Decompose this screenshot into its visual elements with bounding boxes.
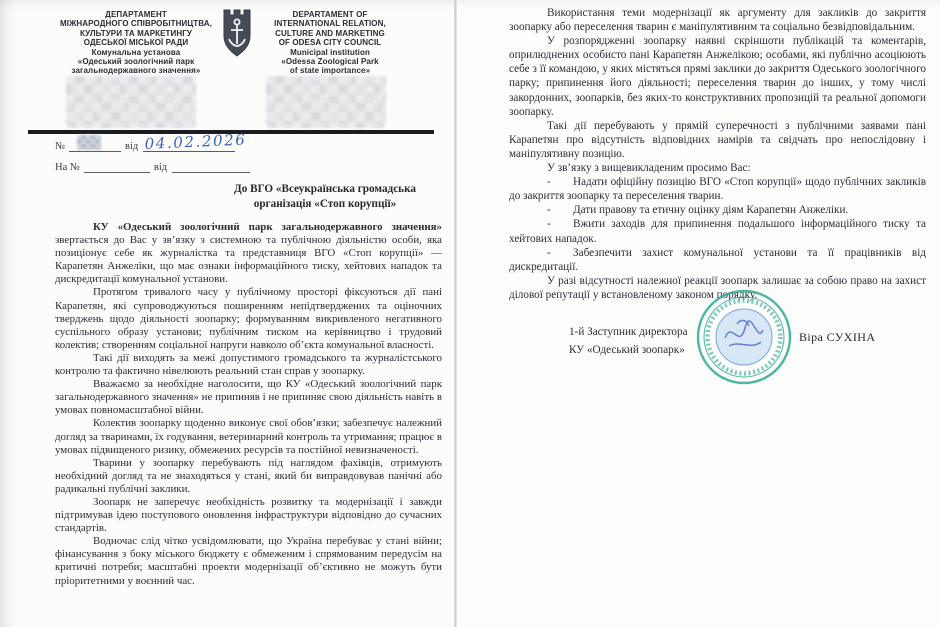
dash-marker: - bbox=[547, 175, 573, 189]
reply-from-label: від bbox=[154, 162, 167, 173]
reply-number-blank bbox=[84, 160, 150, 173]
signatory-title-line: КУ «Одеський зоопарк» bbox=[569, 342, 688, 360]
paragraph: КУ «Одеський зоологічний парк загальноде… bbox=[55, 221, 442, 286]
reply-date-blank bbox=[172, 160, 250, 173]
request-item: -Надати офіційну позицію ВГО «Стоп коруп… bbox=[509, 175, 926, 203]
number-blank bbox=[69, 139, 121, 152]
handwritten-date: 04.02.2026 bbox=[144, 131, 247, 153]
reply-number-label: На № bbox=[55, 162, 80, 173]
letterhead-line: INTERNATIONAL RELATION, bbox=[250, 19, 410, 28]
request-item: -Забезпечити захист комунальної установи… bbox=[509, 246, 926, 274]
paragraph: Вважаємо за необхідне наголосити, що КУ … bbox=[55, 378, 442, 417]
letterhead-line: of state importance» bbox=[250, 66, 410, 75]
request-item: -Дати правову та етичну оцінку діям Кара… bbox=[509, 203, 926, 217]
from-label: від bbox=[125, 141, 138, 152]
paragraph: Використання теми модернізації як аргуме… bbox=[509, 6, 926, 34]
request-item: -Вжити заходів для припинення подальшого… bbox=[509, 217, 926, 245]
letter-body-page-2: Використання теми модернізації як аргуме… bbox=[509, 6, 926, 302]
paragraph: Такі дії виходять за межі допустимого гр… bbox=[55, 352, 442, 378]
reply-reference-line: На №від bbox=[55, 160, 250, 173]
letterhead-line: OF ODESA CITY COUNCIL bbox=[250, 38, 410, 47]
signatory-name: Віра СУХІНА bbox=[799, 330, 875, 345]
paragraph: Водночас слід чітко усвідомлювати, що Ук… bbox=[55, 535, 442, 587]
letterhead-line: «Одеський зоологічний парк bbox=[44, 57, 228, 66]
paragraph: Такі дії перебувають у прямій суперечнос… bbox=[509, 119, 926, 161]
letterhead-line: CULTURE AND MARKETING bbox=[250, 29, 410, 38]
date-blank: 04.02.2026 bbox=[143, 139, 235, 152]
letterhead-line: Комунальна установа bbox=[44, 48, 228, 57]
round-seal-stamp bbox=[687, 280, 801, 394]
addressee-line: До ВГО «Всеукраїнська громадська bbox=[205, 182, 445, 197]
letterhead-ukrainian: ДЕПАРТАМЕНТ МІЖНАРОДНОГО СПІВРОБІТНИЦТВА… bbox=[44, 10, 228, 76]
redacted-number bbox=[77, 135, 101, 150]
dash-marker: - bbox=[547, 203, 573, 217]
letterhead-line: DEPARTAMENT OF bbox=[250, 10, 410, 19]
letterhead-line: ДЕПАРТАМЕНТ bbox=[44, 10, 228, 19]
paragraph-text: звертається до Вас у зв’язку з системною… bbox=[55, 234, 442, 285]
request-text: Дати правову та етичну оцінку діям Карап… bbox=[573, 204, 848, 216]
dash-marker: - bbox=[547, 246, 573, 260]
dash-marker: - bbox=[547, 217, 573, 231]
paragraph: Протягом тривалого часу у публічному про… bbox=[55, 286, 442, 351]
letter-page-1: ДЕПАРТАМЕНТ МІЖНАРОДНОГО СПІВРОБІТНИЦТВА… bbox=[0, 0, 455, 627]
letterhead-line: КУЛЬТУРИ ТА МАРКЕТИНГУ bbox=[44, 29, 228, 38]
letter-page-2: Використання теми модернізації як аргуме… bbox=[457, 0, 940, 627]
letterhead-line: «Odessa Zoological Park bbox=[250, 57, 410, 66]
paragraph: Зоопарк не заперечує необхідність розвит… bbox=[55, 496, 442, 535]
letter-body-page-1: КУ «Одеський зоологічний парк загальноде… bbox=[55, 221, 442, 588]
reference-number-line: №від04.02.2026 bbox=[55, 139, 235, 152]
letterhead-line: ОДЕСЬКОЇ МІСЬКОЇ РАДИ bbox=[44, 38, 228, 47]
redacted-contact-block-ua bbox=[66, 76, 196, 128]
bold-lead: КУ «Одеський зоологічний парк загальноде… bbox=[93, 221, 442, 233]
number-label: № bbox=[55, 141, 65, 152]
paragraph: Колектив зоопарку щоденно виконує свої о… bbox=[55, 417, 442, 456]
scanned-letter-spread: ДЕПАРТАМЕНТ МІЖНАРОДНОГО СПІВРОБІТНИЦТВА… bbox=[0, 0, 940, 627]
paragraph: Тварини у зоопарку перебувають під нагля… bbox=[55, 457, 442, 496]
letterhead-english: DEPARTAMENT OF INTERNATIONAL RELATION, C… bbox=[250, 10, 410, 76]
letterhead-line: загальнодержавного значення» bbox=[44, 66, 228, 75]
addressee-block: До ВГО «Всеукраїнська громадська організ… bbox=[205, 182, 445, 212]
paragraph: У розпорядженні зоопарку наявні скріншот… bbox=[509, 34, 926, 119]
letterhead-line: Municipal institution bbox=[250, 48, 410, 57]
requests-intro: У зв’язку з вищевикладеним просимо Вас: bbox=[509, 161, 926, 175]
signatory-title-line: 1-й Заступник директора bbox=[569, 324, 688, 342]
signatory-title: 1-й Заступник директора КУ «Одеський зоо… bbox=[569, 324, 688, 359]
redacted-contact-block-en bbox=[266, 76, 386, 128]
letterhead-line: МІЖНАРОДНОГО СПІВРОБІТНИЦТВА, bbox=[44, 19, 228, 28]
odesa-coat-of-arms-icon bbox=[222, 8, 252, 58]
addressee-line: організація «Стоп корупції» bbox=[205, 197, 445, 212]
